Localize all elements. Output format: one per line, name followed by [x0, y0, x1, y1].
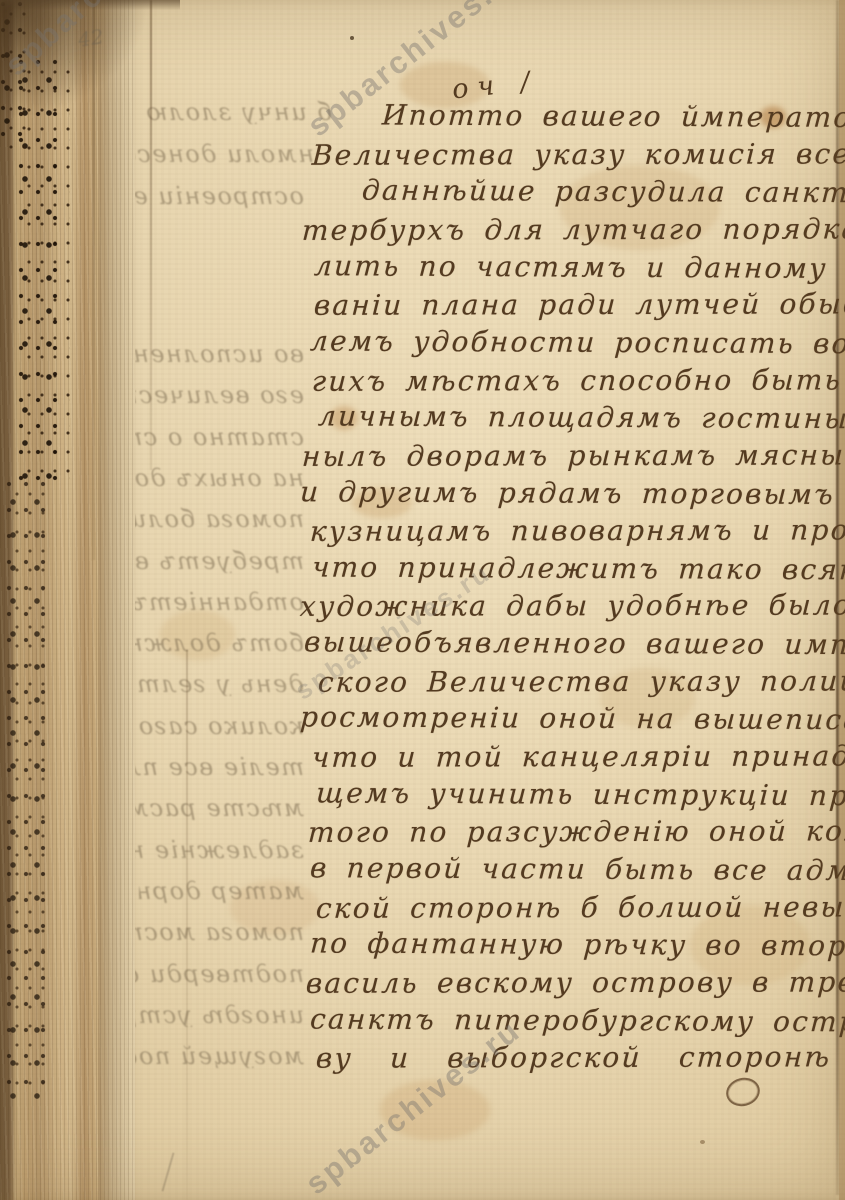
manuscript-line: санктъ питеробургскому остро [309, 1005, 845, 1036]
manuscript-line: Величества указу комисія всепѡ [311, 140, 845, 170]
manuscript-line: Ипотто вашего ймператорскогѡ [381, 101, 845, 132]
manuscript-line: щемъ учинить инструкціи прежде [315, 779, 845, 810]
manuscript-line: гихъ мѣстахъ способно быть пуб [311, 366, 845, 396]
manuscript-line: художника дабы удобнѣе было по силѣ [299, 592, 845, 622]
manuscript-line: ву и выборгской сторонѣ [315, 1044, 832, 1073]
manuscript-line: росмотреніи оной на вышеписанной [299, 704, 845, 735]
manuscript-line: лемъ удобности росписать во мно [309, 327, 845, 358]
manuscript-line: что и той канцеляріи принадлежа [311, 742, 845, 772]
manuscript-line: того по разсужденію оной комисіи [307, 818, 845, 848]
manuscript-line: даннѣйше разсудила санктпѣ [361, 177, 845, 208]
manuscript-line: нылъ дворамъ рынкамъ мясны рыбны [301, 441, 845, 471]
manuscript-line: по фантанную рѣчку во второй [309, 930, 845, 961]
manuscript-line: что принадлежитъ тако всякія [311, 553, 845, 584]
manuscript-line: ского Величества указу полиціи и [317, 667, 845, 697]
manuscript-line: в первой части быть все адмиралтей [309, 854, 845, 886]
manuscript-line: ской сторонѣ б болшой невы рѣки [315, 893, 845, 923]
manuscript-line: личнымъ площадямъ гостины имѣ [317, 403, 845, 434]
manuscript-line: и другимъ рядамъ торговымъ банямъ [299, 478, 845, 510]
manuscript-line: тербурхъ для лутчаго порядка розд [301, 215, 845, 245]
manuscript-line: ваніи плана ради лутчей обывате [313, 290, 845, 320]
manuscript-scan: б инчу злолю грип бнмоли донесеніе отолю… [0, 0, 845, 1200]
manuscript-line: василь евскому острову в третьей [305, 968, 845, 998]
manuscript-line: лить по частямъ и данному регуляро [313, 252, 845, 284]
manuscript-line: кузницамъ пивоварнямъ и протчее [309, 516, 845, 546]
